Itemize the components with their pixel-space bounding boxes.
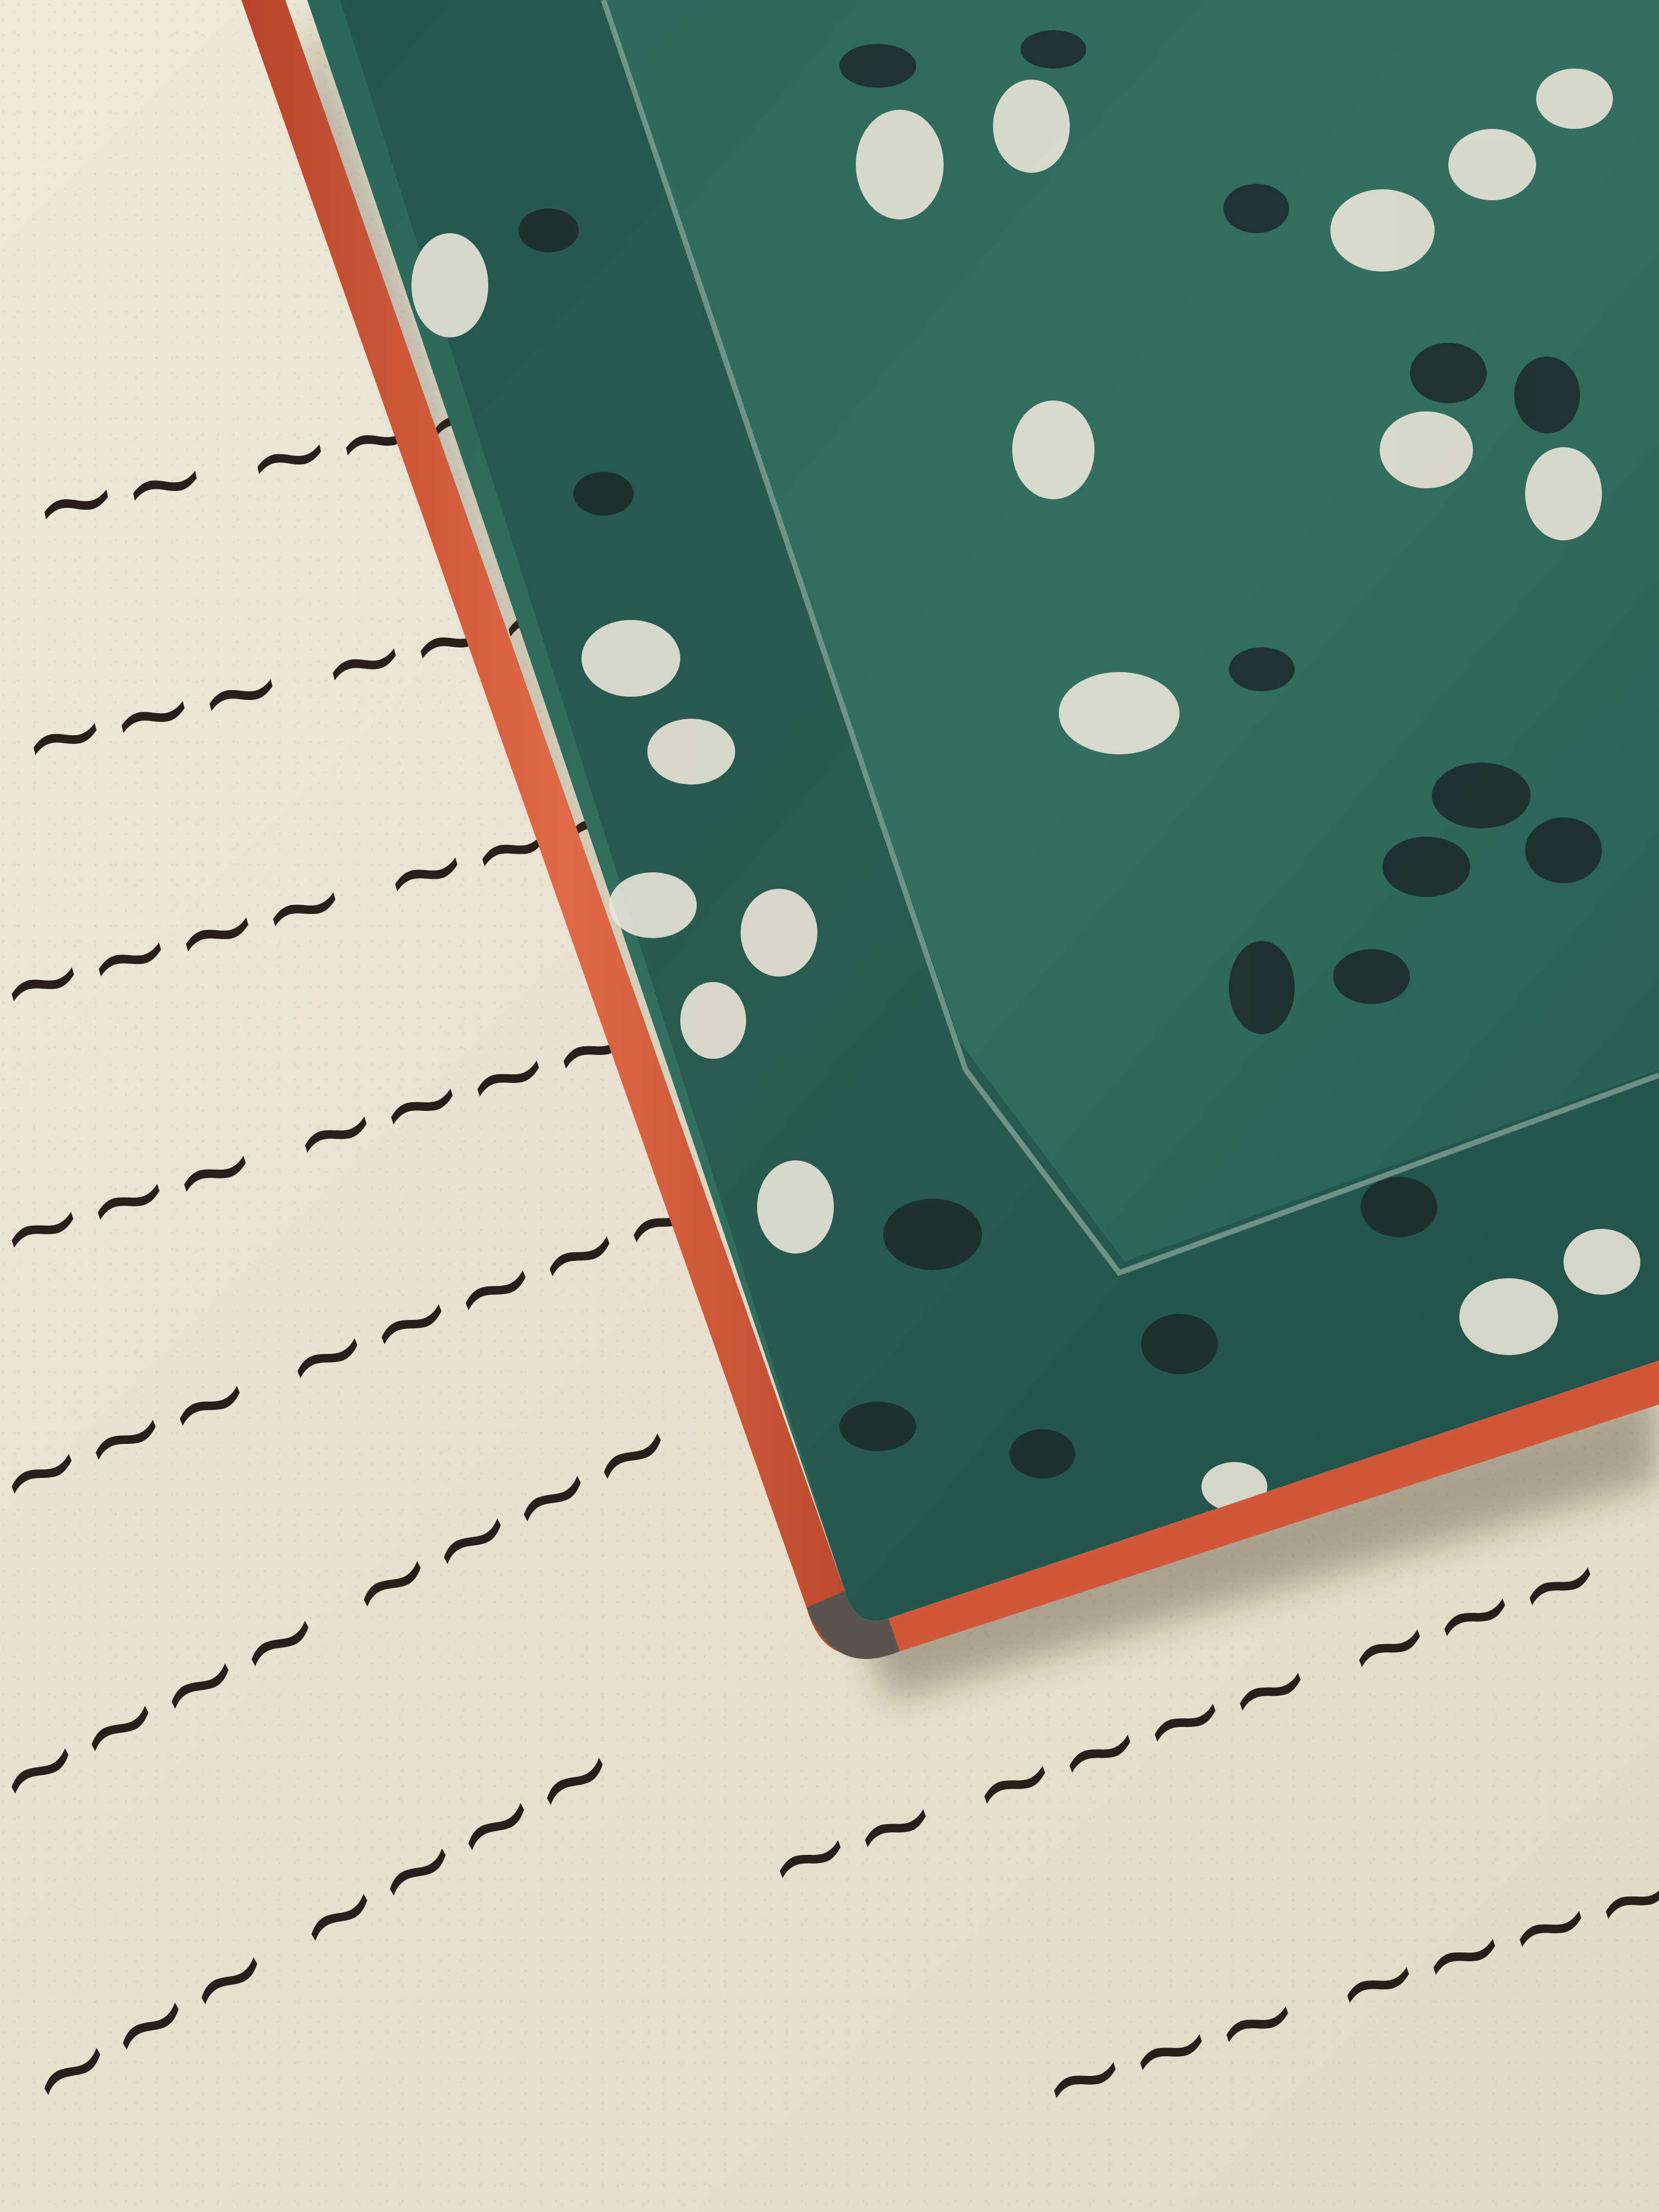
book-cover	[0, 0, 1659, 2212]
photo-scene: ~~ ~~~~~~~ ~~~~~~~ ~~~~~~ ~~~~~~~ ~~~~~~…	[0, 0, 1659, 2212]
book-cover-graphic	[0, 0, 1659, 2212]
